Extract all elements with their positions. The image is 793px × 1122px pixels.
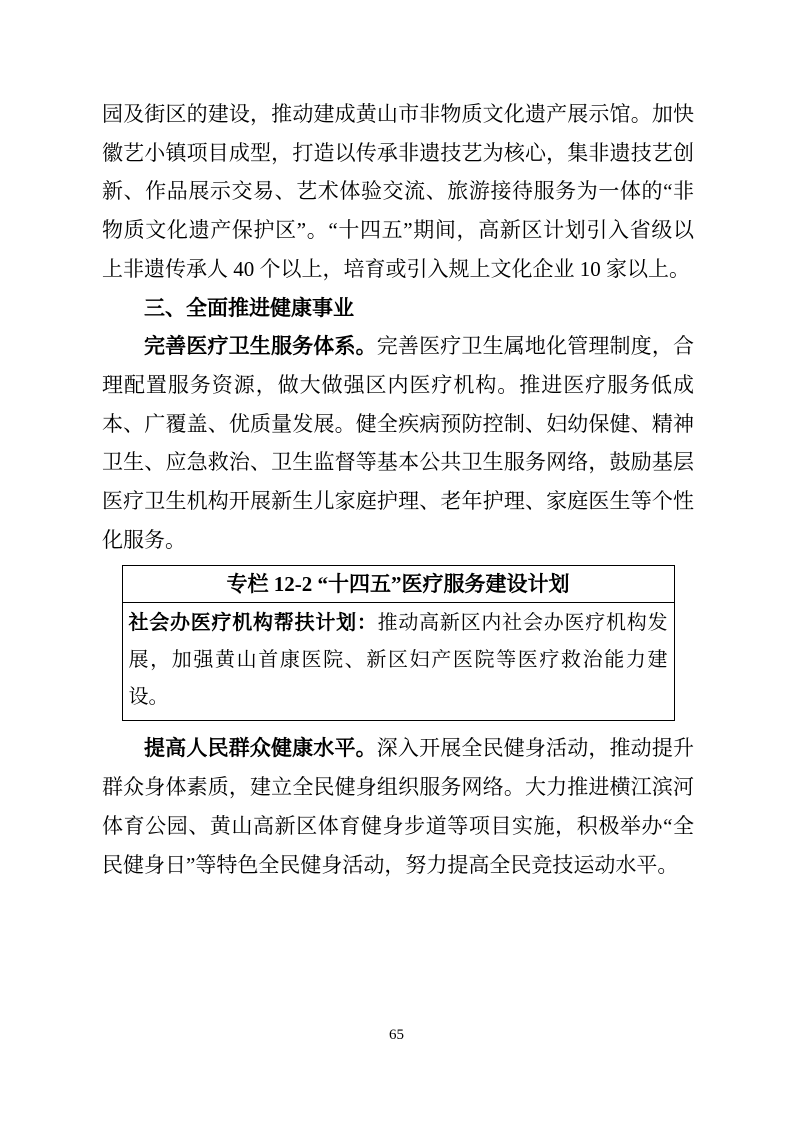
page-content: 园及街区的建设，推动建成黄山市非物质文化遗产展示馆。加快徽艺小镇项目成型，打造以… — [102, 95, 694, 884]
plan-box-12-2: 专栏 12-2 “十四五”医疗服务建设计划 社会办医疗机构帮扶计划：推动高新区内… — [122, 565, 675, 721]
section-heading-health-program: 三、全面推进健康事业 — [102, 289, 694, 328]
page-number: 65 — [0, 1027, 793, 1044]
document-page: 园及街区的建设，推动建成黄山市非物质文化遗产展示馆。加快徽艺小镇项目成型，打造以… — [0, 0, 793, 1122]
paragraph-medical-text: 完善医疗卫生属地化管理制度，合理配置服务资源，做大做强区内医疗机构。推进医疗服务… — [102, 334, 694, 552]
plan-box-body: 社会办医疗机构帮扶计划：推动高新区内社会办医疗机构发展，加强黄山首康医院、新区妇… — [123, 603, 674, 720]
paragraph-medical-services: 完善医疗卫生服务体系。完善医疗卫生属地化管理制度，合理配置服务资源，做大做强区内… — [102, 327, 694, 559]
plan-box-title: 专栏 12-2 “十四五”医疗服务建设计划 — [123, 566, 674, 603]
paragraph-medical-lead: 完善医疗卫生服务体系。 — [144, 334, 377, 358]
paragraph-public-health: 提高人民群众健康水平。深入开展全民健身活动，推动提升群众身体素质，建立全民健身组… — [102, 729, 694, 884]
paragraph-intangible-heritage: 园及街区的建设，推动建成黄山市非物质文化遗产展示馆。加快徽艺小镇项目成型，打造以… — [102, 95, 694, 289]
paragraph-health-lead: 提高人民群众健康水平。 — [144, 736, 377, 760]
plan-box-item-lead: 社会办医疗机构帮扶计划： — [129, 612, 378, 634]
